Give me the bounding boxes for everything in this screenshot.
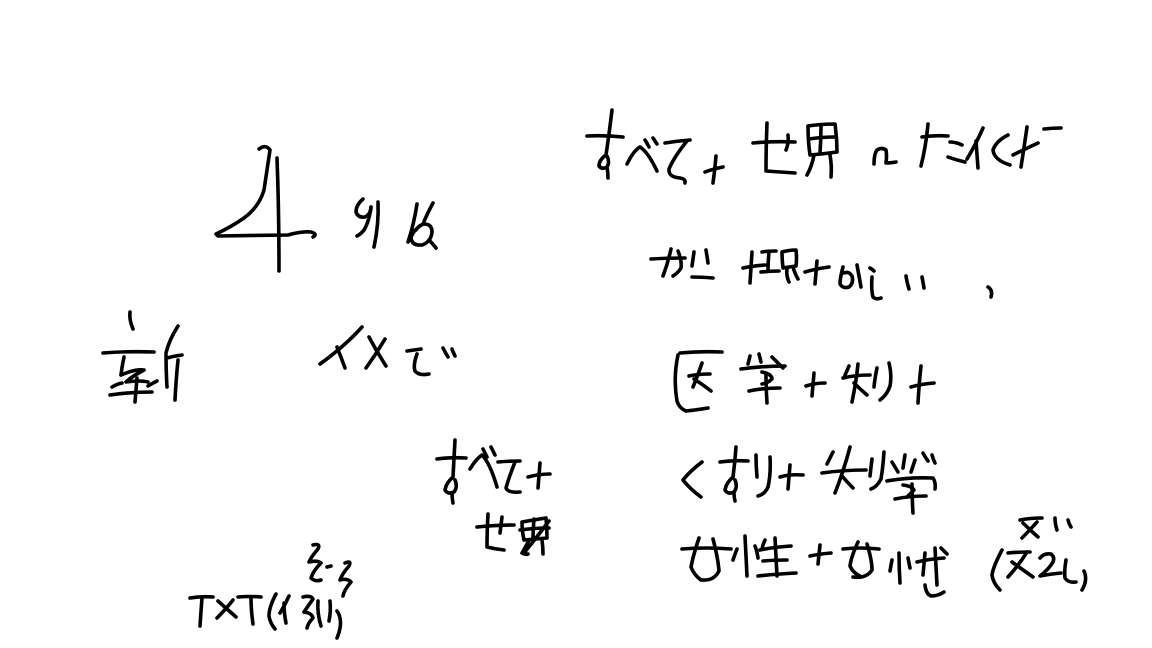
ink-stroke bbox=[948, 157, 965, 162]
ink-stroke bbox=[340, 562, 351, 596]
ink-layer: 4クめ新イメージすべて＋世界すべて＋世界んたのしさーかこ＋現＋みらい、医学＋科＋… bbox=[0, 0, 1152, 648]
stroke-group-kanji-shin: 新 bbox=[103, 312, 182, 402]
ink-stroke bbox=[542, 540, 543, 554]
ink-stroke bbox=[1020, 518, 1042, 520]
ink-stroke bbox=[121, 370, 148, 382]
stroke-group-bottom-txt: TXT（イさい、 bbox=[190, 594, 341, 638]
ink-stroke bbox=[167, 355, 182, 358]
ink-stroke bbox=[477, 525, 514, 527]
ink-stroke bbox=[843, 548, 879, 549]
ink-stroke bbox=[925, 585, 944, 596]
ink-stroke bbox=[694, 379, 711, 391]
ink-stroke bbox=[874, 368, 877, 387]
ink-stroke bbox=[899, 553, 900, 583]
ink-stroke bbox=[810, 553, 831, 556]
ink-stroke bbox=[357, 207, 371, 236]
ink-stroke bbox=[706, 250, 708, 263]
ink-stroke bbox=[692, 252, 694, 266]
ink-stroke bbox=[906, 276, 909, 289]
ink-stroke bbox=[329, 601, 330, 621]
ink-stroke bbox=[645, 140, 649, 147]
ink-stroke bbox=[691, 538, 701, 580]
ink-stroke bbox=[166, 355, 167, 387]
ink-stroke bbox=[675, 355, 686, 411]
ink-stroke bbox=[663, 249, 671, 276]
ink-stroke bbox=[135, 378, 137, 402]
stroke-group-line4-plus: ＋ bbox=[780, 465, 803, 489]
ink-stroke bbox=[443, 348, 448, 357]
ink-stroke bbox=[766, 123, 795, 173]
ink-stroke bbox=[793, 267, 798, 279]
ink-stroke bbox=[686, 408, 708, 411]
ink-stroke bbox=[741, 366, 785, 369]
stroke-group-line3-ka: 科 bbox=[843, 363, 891, 402]
ink-stroke bbox=[903, 455, 905, 468]
ink-stroke bbox=[755, 546, 758, 558]
ink-stroke bbox=[682, 548, 731, 549]
ink-stroke bbox=[429, 240, 436, 248]
ink-stroke bbox=[768, 252, 769, 271]
ink-stroke bbox=[689, 374, 710, 376]
ink-stroke bbox=[1040, 554, 1061, 576]
ink-stroke bbox=[786, 135, 788, 150]
stroke-group-line4-kagaku: 科学 bbox=[822, 447, 935, 513]
ink-stroke bbox=[1065, 560, 1076, 582]
stroke-group-line2-plus-a: ＋ bbox=[743, 252, 765, 283]
ink-stroke bbox=[500, 517, 502, 533]
stroke-group-line3-plus-a: ＋ bbox=[806, 373, 825, 396]
ink-stroke bbox=[269, 594, 276, 629]
ink-stroke bbox=[318, 601, 321, 626]
stroke-group-line1-plus: ＋ bbox=[705, 156, 723, 183]
ink-stroke bbox=[303, 596, 313, 628]
ink-stroke bbox=[874, 149, 896, 165]
stroke-group-line1-tanoshisa: たのしさー bbox=[921, 124, 1061, 168]
ink-stroke bbox=[775, 538, 777, 576]
ink-stroke bbox=[470, 455, 497, 487]
ink-stroke bbox=[827, 452, 833, 464]
ink-stroke bbox=[683, 462, 702, 497]
stroke-group-line5-josei-1: 女性 bbox=[682, 536, 796, 580]
ink-stroke bbox=[506, 462, 520, 492]
ink-stroke bbox=[627, 147, 657, 171]
ink-stroke bbox=[692, 277, 713, 278]
stroke-group-line1-sekai: 世界 bbox=[753, 123, 837, 177]
ink-stroke bbox=[733, 549, 737, 560]
ink-stroke bbox=[941, 548, 947, 554]
ink-stroke bbox=[491, 447, 495, 455]
ink-stroke bbox=[807, 155, 814, 175]
ink-stroke bbox=[745, 536, 747, 576]
ink-stroke bbox=[976, 141, 978, 168]
ink-stroke bbox=[103, 352, 154, 353]
ink-stroke bbox=[452, 349, 455, 356]
ink-stroke bbox=[759, 354, 761, 362]
ink-stroke bbox=[743, 265, 765, 268]
ink-stroke bbox=[337, 347, 345, 368]
ink-stroke bbox=[337, 611, 341, 638]
ink-stroke bbox=[238, 597, 261, 598]
stroke-group-line5-note: 文い bbox=[1020, 518, 1071, 538]
ink-stroke bbox=[1068, 520, 1071, 527]
ink-stroke bbox=[669, 141, 687, 183]
ink-stroke bbox=[880, 363, 891, 400]
stroke-group-kana-kume: クめ bbox=[356, 199, 436, 248]
ink-stroke bbox=[870, 459, 872, 476]
ink-stroke bbox=[251, 598, 253, 624]
ink-stroke bbox=[130, 312, 133, 329]
ink-stroke bbox=[309, 545, 321, 581]
ink-stroke bbox=[892, 462, 898, 472]
ink-stroke bbox=[680, 352, 722, 353]
ink-stroke bbox=[845, 366, 849, 375]
ink-stroke bbox=[782, 250, 797, 268]
ink-stroke bbox=[702, 539, 719, 580]
ink-stroke bbox=[607, 167, 608, 178]
ink-stroke bbox=[921, 124, 928, 166]
stroke-group-line2-mirai: みらい bbox=[840, 265, 924, 299]
ink-stroke bbox=[950, 142, 962, 145]
ink-stroke bbox=[780, 475, 803, 477]
ink-stroke bbox=[414, 354, 429, 375]
ink-stroke bbox=[216, 147, 315, 237]
ink-stroke bbox=[327, 566, 331, 567]
ink-stroke bbox=[452, 493, 453, 503]
ink-stroke bbox=[749, 388, 780, 391]
ink-stroke bbox=[988, 287, 992, 297]
ink-stroke bbox=[725, 447, 736, 493]
stroke-group-line1-subete: すべて bbox=[587, 110, 690, 183]
ink-stroke bbox=[840, 267, 853, 288]
stroke-group-line2-gen: 現 bbox=[761, 250, 798, 282]
ink-stroke bbox=[908, 558, 910, 568]
ink-stroke bbox=[587, 136, 623, 137]
ink-stroke bbox=[1044, 128, 1061, 129]
ink-stroke bbox=[923, 453, 928, 461]
ink-stroke bbox=[277, 158, 279, 271]
stroke-group-mid-subete: すべて＋ bbox=[437, 440, 550, 503]
ink-stroke bbox=[758, 573, 796, 576]
ink-stroke bbox=[911, 460, 915, 472]
ink-stroke bbox=[653, 138, 657, 144]
ink-stroke bbox=[932, 455, 935, 463]
ink-stroke bbox=[815, 261, 817, 284]
ink-stroke bbox=[1082, 571, 1086, 590]
ink-stroke bbox=[992, 550, 1002, 590]
ink-stroke bbox=[857, 265, 861, 287]
ink-stroke bbox=[366, 339, 385, 368]
ink-stroke bbox=[284, 603, 286, 623]
ink-stroke bbox=[935, 548, 937, 585]
stroke-group-line3-igaku: 医学 bbox=[675, 352, 785, 411]
ink-stroke bbox=[756, 455, 757, 477]
ink-stroke bbox=[842, 476, 853, 488]
ink-stroke bbox=[166, 326, 178, 353]
ink-stroke bbox=[830, 155, 831, 177]
ink-stroke bbox=[917, 558, 944, 562]
ink-stroke bbox=[911, 383, 934, 387]
stroke-group-word-image: イメージ bbox=[320, 327, 455, 375]
ink-stroke bbox=[734, 493, 735, 501]
ink-stroke bbox=[763, 560, 787, 561]
ink-stroke bbox=[528, 474, 550, 477]
stroke-group-line5-josei-2: 女性 bbox=[843, 542, 947, 596]
stroke-group-bottom-scribble: そっと bbox=[309, 545, 351, 597]
whiteboard-canvas[interactable]: 4クめ新イメージすべて＋世界すべて＋世界んたのしさーかこ＋現＋みらい、医学＋科＋… bbox=[0, 0, 1152, 648]
ink-stroke bbox=[806, 383, 825, 386]
stroke-group-line1-no: ん bbox=[874, 149, 896, 165]
ink-stroke bbox=[599, 110, 612, 168]
stroke-group-line5-paren: （ス2い、 bbox=[992, 550, 1086, 590]
stroke-group-line4-kusuri: くすり bbox=[683, 447, 770, 501]
ink-stroke bbox=[809, 137, 835, 139]
stroke-group-line2-comma: 、 bbox=[988, 287, 992, 297]
ink-stroke bbox=[445, 440, 456, 493]
stroke-group-big-4: 4 bbox=[216, 147, 315, 271]
stroke-group-line3-plus-b: ＋ bbox=[911, 366, 934, 403]
ink-stroke bbox=[437, 458, 466, 459]
ink-stroke bbox=[922, 277, 924, 288]
ink-stroke bbox=[923, 553, 925, 575]
ink-stroke bbox=[993, 135, 1010, 165]
ink-stroke bbox=[912, 484, 913, 513]
ink-stroke bbox=[374, 202, 378, 247]
stroke-group-line2-kako: かこ bbox=[651, 249, 713, 278]
ink-stroke bbox=[872, 277, 881, 299]
ink-stroke bbox=[761, 271, 779, 272]
ink-stroke bbox=[870, 268, 874, 271]
ink-stroke bbox=[748, 356, 750, 364]
ink-stroke bbox=[787, 268, 789, 282]
stroke-group-mid-sekai: 世界 bbox=[477, 514, 549, 554]
ink-stroke bbox=[407, 349, 421, 351]
ink-stroke bbox=[922, 136, 948, 137]
ink-stroke bbox=[890, 560, 892, 571]
ink-stroke bbox=[673, 251, 681, 276]
ink-stroke bbox=[175, 360, 178, 400]
ink-stroke bbox=[200, 598, 202, 626]
stroke-group-line2-plus-b: ＋ bbox=[805, 261, 829, 284]
stroke-group-line5-plus: ＋ bbox=[810, 545, 831, 564]
ink-stroke bbox=[758, 457, 770, 496]
ink-stroke bbox=[1055, 518, 1057, 530]
ink-stroke bbox=[112, 383, 122, 387]
ink-stroke bbox=[110, 392, 152, 395]
